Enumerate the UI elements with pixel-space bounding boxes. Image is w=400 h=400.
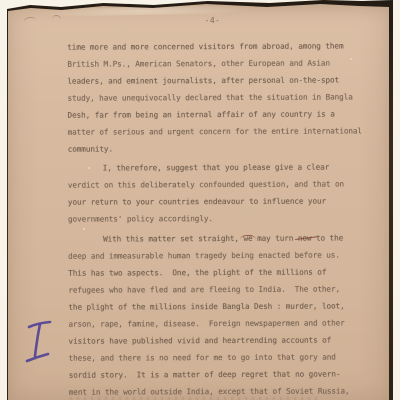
typed-text-line: Desh, far from being an internal affair … [68, 105, 389, 123]
typed-text-line: the plight of the millions inside Bangla… [68, 297, 389, 315]
document-body: time more and more concerned visitors fr… [67, 37, 389, 400]
paper-sheet: -4- time more and more concerned visitor… [8, 0, 389, 400]
typed-text-line: visitors have published vivid and heartr… [68, 331, 389, 349]
typed-text-line: deep and immeasurable human tragedy bein… [68, 246, 389, 264]
typed-text-segment: arson, rape, famine, disease. Foreign ne… [68, 318, 344, 328]
typed-text-segment: I, therefore, suggest that you please gi… [103, 163, 329, 173]
typed-text-line: community. [68, 139, 389, 157]
typed-text-segment: visitors have published vivid and heartr… [69, 336, 332, 346]
typed-text-line: your return to your countries endeavour … [68, 192, 389, 210]
typed-text-line: matter of serious and urgent concern for… [68, 122, 389, 140]
typed-text-line: sordid story. It is a matter of deep reg… [69, 365, 389, 383]
paragraph-2: I, therefore, suggest that you please gi… [68, 158, 389, 227]
typed-text-segment: ment in the world outside India, except … [69, 386, 350, 396]
typed-text-segment: British M.Ps., American Senators, other … [67, 59, 330, 69]
typed-text-segment: to the [311, 234, 343, 243]
typed-text-segment: time more and more concerned visitors fr… [67, 41, 343, 51]
typed-text-line: I, therefore, suggest that you please gi… [68, 158, 389, 176]
typed-text-line: verdict on this deliberately confounded … [68, 175, 389, 193]
typed-text-line: With this matter set straight, we may tu… [68, 229, 389, 247]
typed-text-segment: Desh, far from being an internal affair … [68, 110, 335, 120]
typed-text-segment: sordid story. It is a matter of deep reg… [69, 370, 341, 380]
scanned-page: -4- time more and more concerned visitor… [0, 0, 400, 400]
typed-text-segment: governments' policy accordingly. [68, 214, 213, 224]
typed-text-line: arson, rape, famine, disease. Foreign ne… [68, 314, 389, 332]
typed-text-line: governments' policy accordingly. [68, 209, 389, 227]
typed-text-segment: study, have unequivocally declared that … [67, 92, 352, 102]
typed-text-segment: these, and there is no need for me to go… [69, 353, 336, 363]
typed-text-segment: verdict on this deliberately confounded … [68, 179, 344, 189]
typed-text-segment: This has two aspects. One, the plight of… [68, 268, 326, 278]
page-number: -4- [22, 16, 389, 25]
typed-text-line: leaders, and eminent journalists, after … [67, 71, 389, 89]
typed-text-segment: matter of serious and urgent concern for… [68, 126, 362, 136]
handwritten-strike-mark: now [298, 234, 312, 243]
typed-text-line: This has two aspects. One, the plight of… [68, 263, 389, 281]
typed-text-segment: leaders, and eminent journalists, after … [67, 76, 339, 86]
paragraph-3: With this matter set straight, we may tu… [68, 229, 389, 400]
typed-text-segment: refugees who have fled and are fleeing t… [68, 285, 340, 295]
typed-text-line: time more and more concerned visitors fr… [67, 37, 389, 55]
paragraph-1: time more and more concerned visitors fr… [67, 37, 389, 157]
typed-text-segment: your return to your countries endeavour … [68, 197, 326, 207]
typed-text-line: refugees who have fled and are fleeing t… [68, 280, 389, 298]
typed-text-line: these, and there is no need for me to go… [69, 348, 389, 366]
typed-text-segment: may turn [253, 234, 298, 243]
typed-text-segment: community. [68, 145, 113, 154]
typed-text-segment: With this matter set straight, [103, 234, 243, 244]
handwritten-letter-i-margin-mark [25, 319, 59, 365]
handwritten-overline-mark: we [243, 234, 252, 243]
typed-text-segment: the plight of the millions inside Bangla… [68, 301, 344, 311]
typed-text-line: study, have unequivocally declared that … [67, 88, 389, 106]
typed-text-segment: deep and immeasurable human tragedy bein… [68, 251, 340, 261]
typed-text-line: British M.Ps., American Senators, other … [67, 54, 389, 72]
